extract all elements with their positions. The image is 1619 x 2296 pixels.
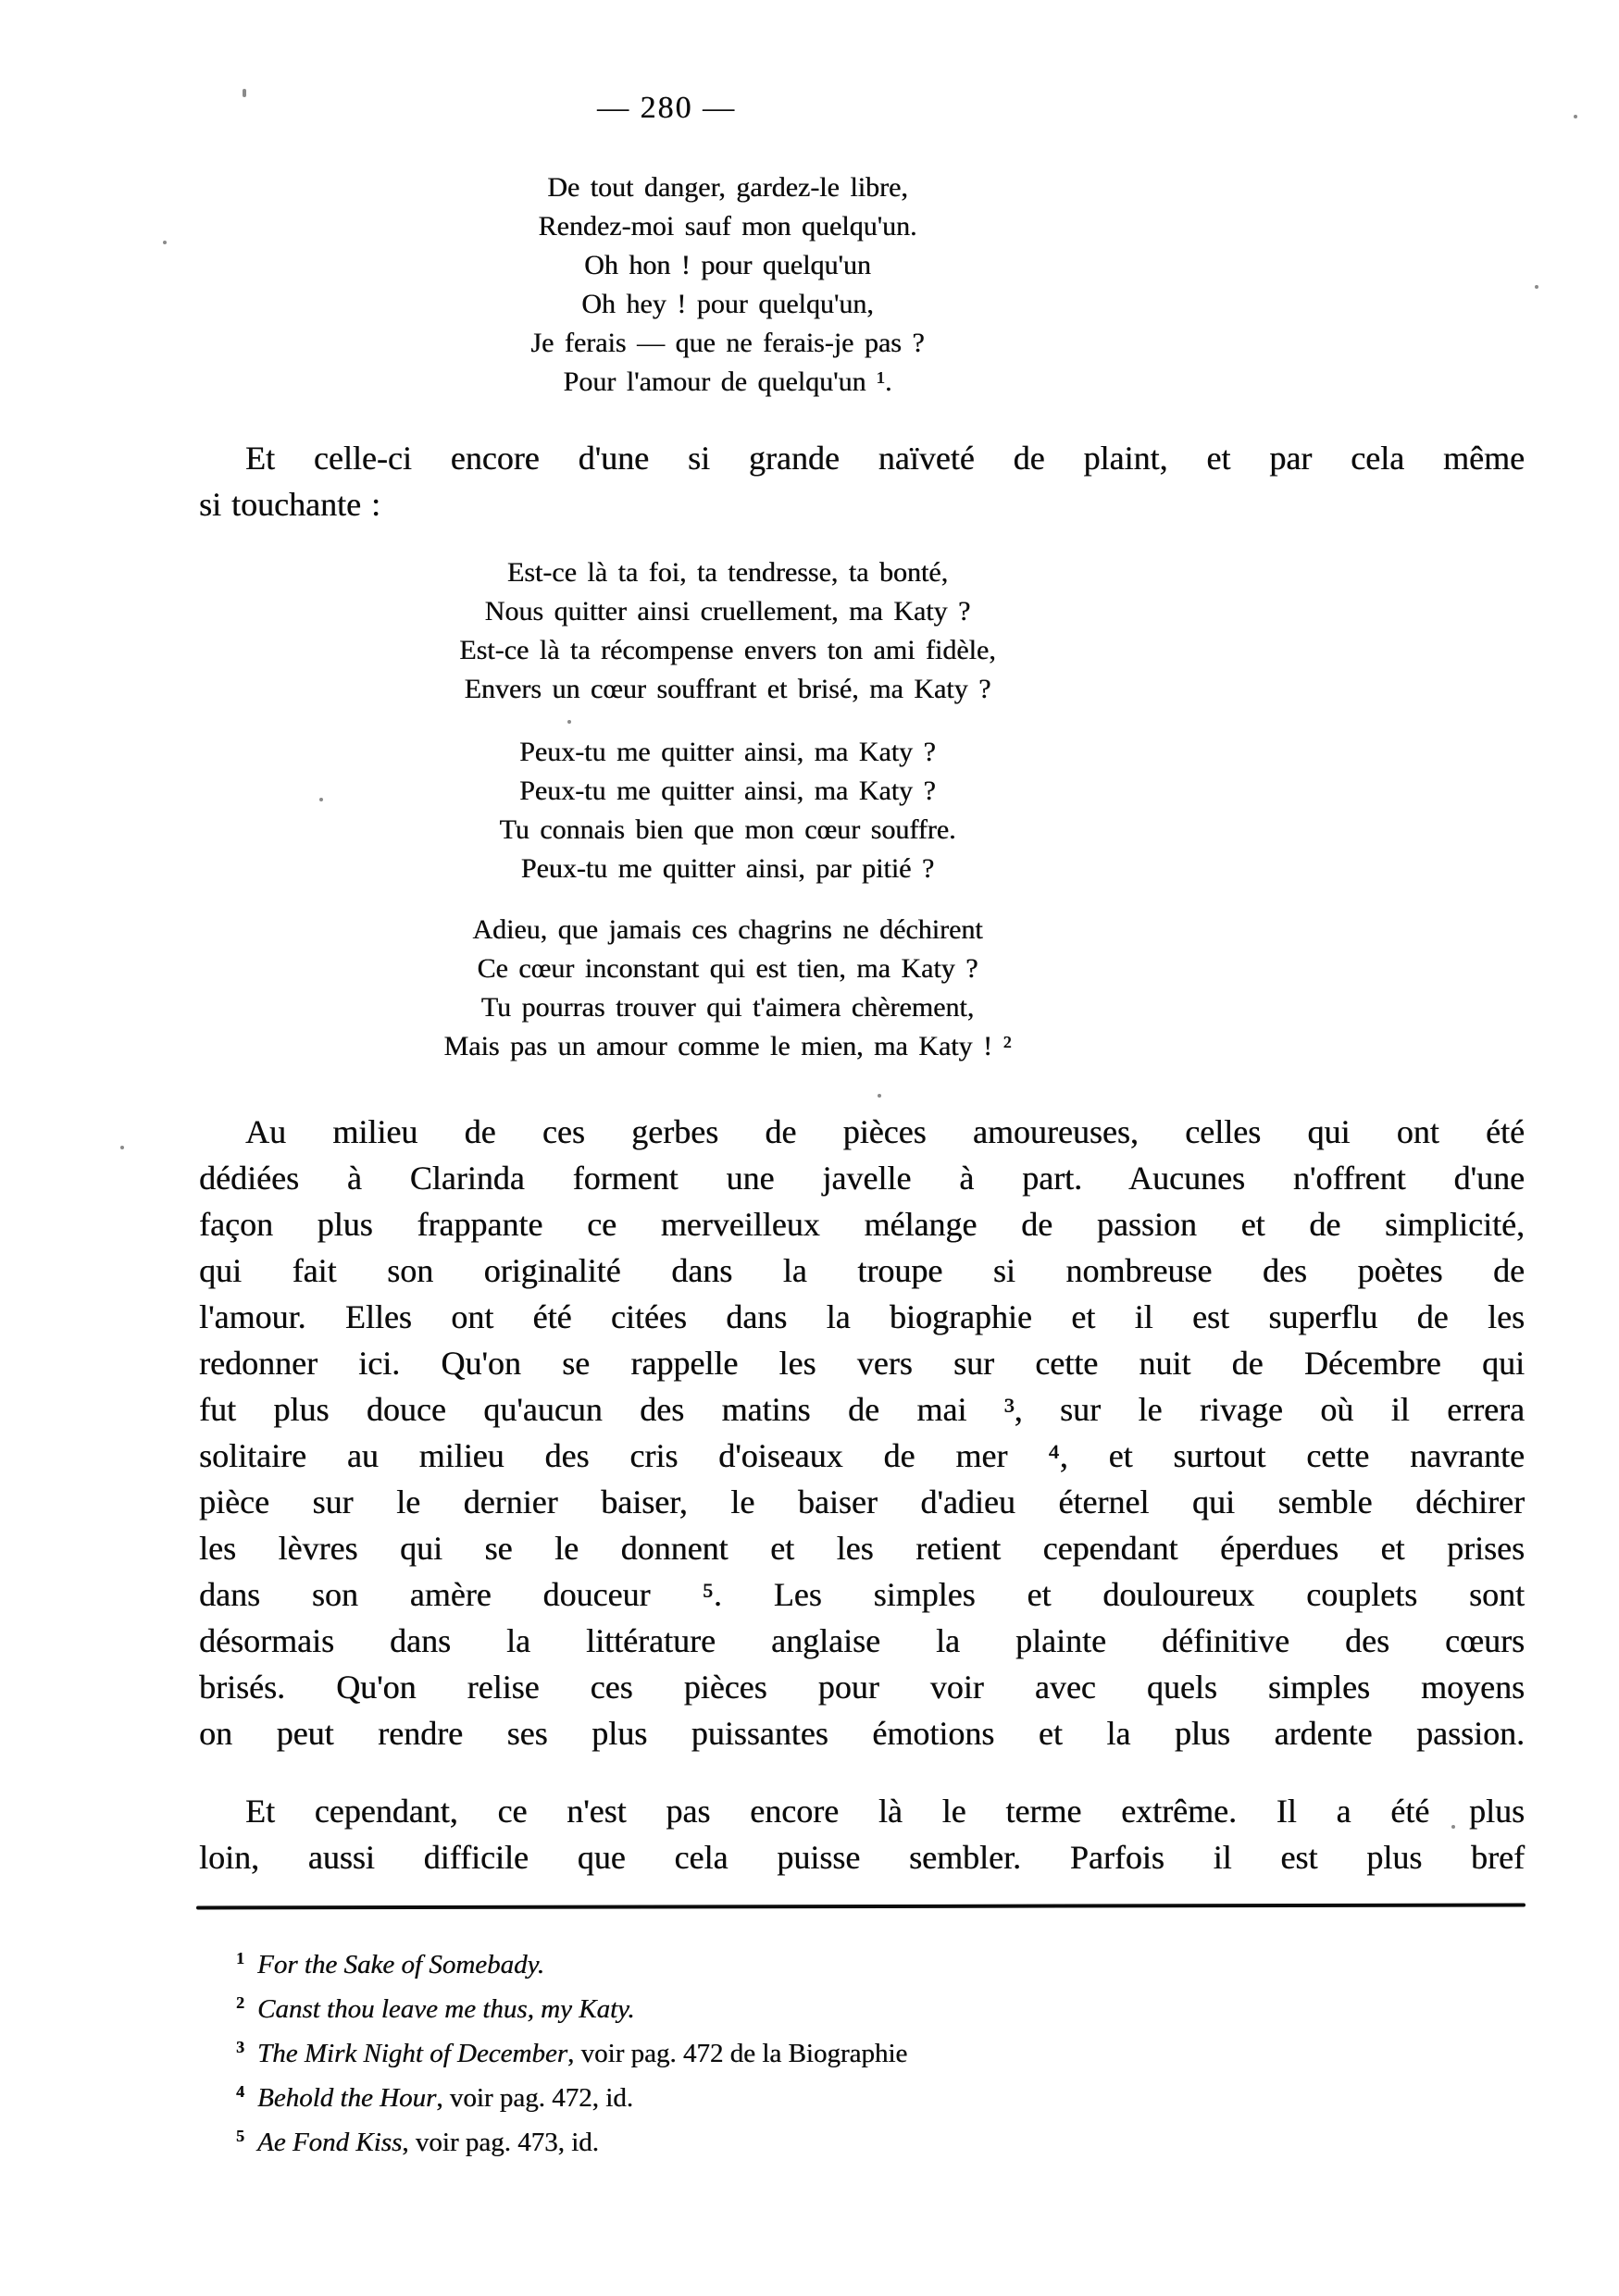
- scan-speck: [878, 1094, 881, 1098]
- footnote-marker: 5: [236, 2117, 244, 2155]
- scan-speck: [1535, 285, 1538, 289]
- paragraph-1: Et celle-ci encore d'une si grande naïve…: [199, 435, 1525, 527]
- footnote: 1For the Sake of Somebady.: [236, 1940, 1439, 1984]
- paragraph-line: dans son amère douceur ⁵. Les simples et…: [199, 1571, 1525, 1618]
- footnote-marker: 1: [236, 1940, 244, 1978]
- footnotes: 1For the Sake of Somebady. 2Canst thou l…: [236, 1940, 1439, 2162]
- stanza-1: De tout danger, gardez-le libre, Rendez-…: [65, 168, 1390, 402]
- verse-line: De tout danger, gardez-le libre,: [65, 168, 1390, 207]
- paragraph-line: désormais dans la littérature anglaise l…: [199, 1618, 1525, 1664]
- verse-line: Ce cœur inconstant qui est tien, ma Katy…: [65, 949, 1390, 988]
- paragraph-line: brisés. Qu'on relise ces pièces pour voi…: [199, 1664, 1525, 1710]
- scan-speck: [1574, 115, 1577, 118]
- paragraph-line: si touchante :: [199, 481, 1525, 527]
- verse-line: Peux-tu me quitter ainsi, ma Katy ?: [65, 733, 1390, 772]
- footnote: 3The Mirk Night of December, voir pag. 4…: [236, 2029, 1439, 2073]
- paragraph-line: fut plus douce qu'aucun des matins de ma…: [199, 1386, 1525, 1433]
- verse-line: Peux-tu me quitter ainsi, par pitié ?: [65, 850, 1390, 888]
- footnote-marker: 4: [236, 2073, 244, 2111]
- verse-line: Rendez-moi sauf mon quelqu'un.: [65, 207, 1390, 246]
- stanza-2: Est-ce là ta foi, ta tendresse, ta bonté…: [65, 553, 1390, 709]
- scan-speck: [243, 89, 246, 97]
- footnote: 4Behold the Hour, voir pag. 472, id.: [236, 2073, 1439, 2117]
- footnote: 2Canst thou leave me thus, my Katy.: [236, 1984, 1439, 2029]
- verse-line: Oh hey ! pour quelqu'un,: [65, 285, 1390, 324]
- verse-line: Tu pourras trouver qui t'aimera chèremen…: [65, 988, 1390, 1027]
- scan-speck: [319, 798, 323, 801]
- paragraph-line: l'amour. Elles ont été citées dans la bi…: [199, 1294, 1525, 1340]
- paragraph-line: pièce sur le dernier baiser, le baiser d…: [199, 1479, 1525, 1525]
- footnote-title: For the Sake of Somebady.: [257, 1950, 544, 1980]
- footnote-reference: , voir pag. 472 de la Biographie: [567, 2039, 907, 2068]
- paragraph-line: les lèvres qui se le donnent et les reti…: [199, 1525, 1525, 1571]
- stanza-4: Adieu, que jamais ces chagrins ne déchir…: [65, 911, 1390, 1066]
- footnote-marker: 2: [236, 1984, 244, 2022]
- verse-line: Je ferais — que ne ferais-je pas ?: [65, 324, 1390, 363]
- verse-line: Tu connais bien que mon cœur souffre.: [65, 811, 1390, 850]
- scan-speck: [567, 720, 571, 724]
- footnote-rule: [196, 1903, 1526, 1909]
- paragraph-line: loin, aussi difficile que cela puisse se…: [199, 1834, 1525, 1880]
- paragraph-line: Et celle-ci encore d'une si grande naïve…: [199, 435, 1525, 481]
- verse-line: Est-ce là ta récompense envers ton ami f…: [65, 631, 1390, 670]
- paragraph-line: façon plus frappante ce merveilleux méla…: [199, 1201, 1525, 1247]
- verse-line: Nous quitter ainsi cruellement, ma Katy …: [65, 592, 1390, 631]
- paragraph-line: redonner ici. Qu'on se rappelle les vers…: [199, 1340, 1525, 1386]
- footnote-title: Canst thou leave me thus, my Katy.: [257, 1994, 635, 2024]
- footnote-reference: , voir pag. 473, id.: [402, 2128, 599, 2157]
- paragraph-line: on peut rendre ses plus puissantes émoti…: [199, 1710, 1525, 1756]
- scan-speck: [163, 241, 167, 244]
- paragraph-line: solitaire au milieu des cris d'oiseaux d…: [199, 1433, 1525, 1479]
- paragraph-line: Au milieu de ces gerbes de pièces amoure…: [199, 1109, 1525, 1155]
- footnote-reference: , voir pag. 472, id.: [436, 2083, 633, 2113]
- paragraph-line: qui fait son originalité dans la troupe …: [199, 1247, 1525, 1294]
- verse-line: Peux-tu me quitter ainsi, ma Katy ?: [65, 772, 1390, 811]
- paragraph-3: Et cependant, ce n'est pas encore là le …: [199, 1788, 1525, 1880]
- scan-speck: [1451, 1825, 1455, 1829]
- footnote-title: Ae Fond Kiss: [257, 2128, 402, 2157]
- paragraph-2: Au milieu de ces gerbes de pièces amoure…: [199, 1109, 1525, 1756]
- verse-line: Est-ce là ta foi, ta tendresse, ta bonté…: [65, 553, 1390, 592]
- stanza-3: Peux-tu me quitter ainsi, ma Katy ? Peux…: [65, 733, 1390, 888]
- footnote: 5Ae Fond Kiss, voir pag. 473, id.: [236, 2117, 1439, 2162]
- verse-line: Adieu, que jamais ces chagrins ne déchir…: [65, 911, 1390, 949]
- book-page: — 280 — De tout danger, gardez-le libre,…: [0, 0, 1619, 2296]
- footnote-marker: 3: [236, 2029, 244, 2066]
- page-number: — 280 —: [199, 91, 1134, 126]
- verse-line: Envers un cœur souffrant et brisé, ma Ka…: [65, 670, 1390, 709]
- footnote-title: Behold the Hour: [257, 2083, 436, 2113]
- verse-line: Pour l'amour de quelqu'un ¹.: [65, 363, 1390, 402]
- paragraph-line: dédiées à Clarinda forment une javelle à…: [199, 1155, 1525, 1201]
- verse-line: Mais pas un amour comme le mien, ma Katy…: [65, 1027, 1390, 1066]
- scan-speck: [120, 1146, 124, 1149]
- paragraph-line: Et cependant, ce n'est pas encore là le …: [199, 1788, 1525, 1834]
- footnote-title: The Mirk Night of December: [257, 2039, 567, 2068]
- verse-line: Oh hon ! pour quelqu'un: [65, 246, 1390, 285]
